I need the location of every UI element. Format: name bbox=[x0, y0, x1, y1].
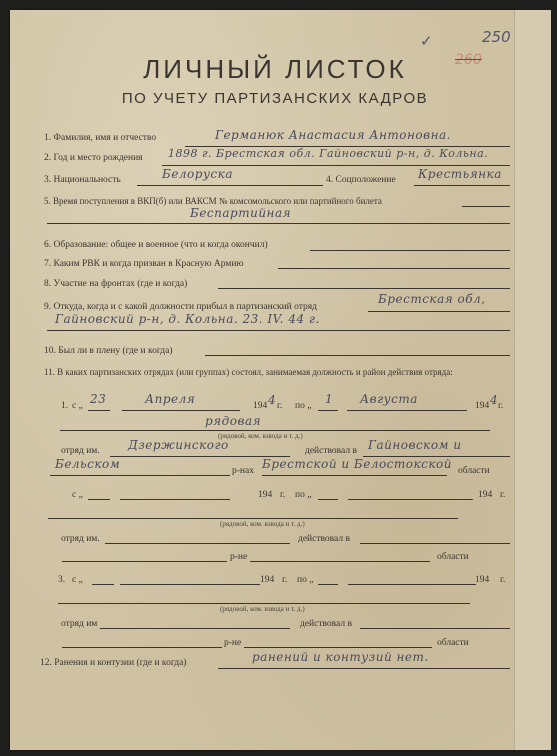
detachment-1-to-year-digit[interactable]: 4 bbox=[490, 393, 498, 407]
detachment-2-to-month-line[interactable] bbox=[348, 499, 473, 500]
page-number: 250 bbox=[482, 28, 511, 46]
detachment-3-operated-label: действовал в bbox=[300, 619, 352, 629]
detachment-1-to-year-prefix: 194 bbox=[475, 401, 489, 411]
detachment-1-detachment-label: отряд им. bbox=[61, 446, 100, 456]
field-12-label: 12. Ранения и контузии (где и когда) bbox=[40, 658, 186, 668]
detachment-2-detachment-label: отряд им. bbox=[61, 534, 100, 544]
detachment-1-to-day[interactable]: 1 bbox=[325, 392, 333, 406]
field-1-value[interactable]: Германюк Анастасия Антоновна. bbox=[215, 128, 451, 142]
detachment-2-position-hint: (рядовой, ком. взвода и т. д.) bbox=[220, 520, 305, 528]
detachment-1-from-month[interactable]: Апреля bbox=[145, 392, 195, 406]
field-3-label: 3. Национальность bbox=[44, 175, 121, 185]
detachment-1-position-line-a bbox=[60, 430, 360, 431]
field-7-line[interactable] bbox=[278, 268, 510, 269]
detachment-1-to-month-line bbox=[347, 410, 467, 411]
detachment-1-operated-label: действовал в bbox=[305, 446, 357, 456]
detachment-1-operated-value[interactable]: Гайновском и bbox=[368, 438, 462, 452]
detachment-2-from-year-prefix: 194 bbox=[258, 490, 272, 500]
field-3-line bbox=[137, 185, 323, 186]
detachment-3-region-label: области bbox=[437, 638, 469, 648]
detachment-2-region-line[interactable] bbox=[250, 561, 430, 562]
detachment-2-from-prefix: с „ bbox=[72, 490, 83, 500]
field-9-value-1[interactable]: Брестская обл, bbox=[378, 292, 486, 306]
detachment-1-region-label: области bbox=[458, 466, 490, 476]
detachment-1-region-value[interactable]: Брестской и Белостокской bbox=[262, 457, 452, 471]
detachment-2-to-year-suffix: г. bbox=[500, 490, 505, 500]
detachment-1-district-line bbox=[50, 475, 230, 476]
detachment-1-from-year-digit[interactable]: 4 bbox=[268, 393, 276, 407]
field-4-label: 4. Соцположение bbox=[326, 175, 396, 185]
detachment-1-from-day-line bbox=[88, 410, 110, 411]
detachment-1-region-line bbox=[262, 475, 447, 476]
detachment-3-district-line[interactable] bbox=[62, 647, 222, 648]
detachment-3-position-hint: (рядовой, ком. взвода и т. д.) bbox=[220, 605, 305, 613]
detachment-2-district-label: р-не bbox=[230, 552, 247, 562]
detachment-3-to-year-prefix: 194 bbox=[475, 575, 489, 585]
detachment-3-from-month-line[interactable] bbox=[120, 584, 260, 585]
detachment-1-from-month-line bbox=[122, 410, 240, 411]
field-5-line-b bbox=[47, 223, 510, 224]
field-6-label: 6. Образование: общее и военное (что и к… bbox=[44, 240, 268, 250]
field-7-label: 7. Каким РВК и когда призван в Красную А… bbox=[44, 259, 244, 269]
detachment-3-num: 3. bbox=[58, 575, 65, 585]
check-mark: ✓ bbox=[420, 32, 433, 50]
field-12-line bbox=[218, 668, 510, 669]
document-subtitle: ПО УЧЕТУ ПАРТИЗАНСКИХ КАДРОВ bbox=[0, 90, 550, 107]
detachment-3-to-month-line[interactable] bbox=[348, 584, 476, 585]
detachment-3-from-day-line[interactable] bbox=[92, 584, 114, 585]
field-12-value[interactable]: ранений и контузий нет. bbox=[252, 650, 429, 664]
detachment-1-to-day-line bbox=[318, 410, 338, 411]
detachment-3-operated-line[interactable] bbox=[360, 628, 510, 629]
detachment-1-from-day[interactable]: 23 bbox=[90, 392, 106, 406]
field-2-label: 2. Год и место рождения bbox=[44, 153, 143, 163]
detachment-2-operated-line[interactable] bbox=[360, 543, 510, 544]
detachment-3-from-year-prefix: 194 bbox=[260, 575, 274, 585]
document-title: ЛИЧНЫЙ ЛИСТОК bbox=[0, 54, 550, 85]
detachment-3-to-year-suffix: г. bbox=[500, 575, 505, 585]
detachment-2-region-label: области bbox=[437, 552, 469, 562]
field-6-line[interactable] bbox=[310, 250, 510, 251]
field-9-line-a bbox=[368, 311, 510, 312]
field-4-value[interactable]: Крестьянка bbox=[418, 167, 502, 181]
page-edge bbox=[514, 10, 551, 750]
detachment-3-to-prefix: по „ bbox=[297, 575, 313, 585]
detachment-2-operated-label: действовал в bbox=[298, 534, 350, 544]
detachment-3-district-label: р-не bbox=[224, 638, 241, 648]
detachment-1-to-month[interactable]: Августа bbox=[360, 392, 418, 406]
field-11-label: 11. В каких партизанских отрядах (или гр… bbox=[44, 367, 453, 377]
detachment-1-num: 1. bbox=[61, 401, 68, 411]
detachment-1-from-prefix: с „ bbox=[72, 401, 83, 411]
detachment-1-position[interactable]: рядовая bbox=[205, 414, 261, 428]
field-10-line[interactable] bbox=[205, 355, 510, 356]
detachment-2-position-line[interactable] bbox=[48, 518, 458, 519]
detachment-2-to-year-prefix: 194 bbox=[478, 490, 492, 500]
detachment-2-from-month-line[interactable] bbox=[120, 499, 230, 500]
detachment-1-to-year-suffix: г. bbox=[498, 401, 503, 411]
field-2-line bbox=[162, 165, 510, 166]
detachment-2-district-line[interactable] bbox=[62, 561, 227, 562]
field-9-value-2[interactable]: Гайновский р-н, д. Кольна. 23. IV. 44 г. bbox=[55, 312, 320, 326]
detachment-3-year-suffix: г. bbox=[282, 575, 287, 585]
field-5-line-a bbox=[462, 206, 510, 207]
field-5-value[interactable]: Беспартийная bbox=[190, 206, 291, 220]
field-9-label: 9. Откуда, когда и с какой должности при… bbox=[44, 302, 317, 312]
detachment-2-to-prefix: по „ bbox=[295, 490, 311, 500]
detachment-1-position-hint: (рядовой, ком. взвода и т. д.) bbox=[218, 432, 303, 440]
detachment-1-to-prefix: по „ bbox=[295, 401, 311, 411]
detachment-3-position-line[interactable] bbox=[58, 603, 470, 604]
detachment-1-position-line-b bbox=[345, 430, 490, 431]
detachment-3-detachment-label: отряд им bbox=[61, 619, 97, 629]
field-1-label: 1. Фамилия, имя и отчество bbox=[44, 133, 156, 143]
field-2-value[interactable]: 1898 г. Брестская обл. Гайновский р-н, д… bbox=[168, 147, 488, 160]
field-9-line-b bbox=[47, 330, 510, 331]
field-8-line[interactable] bbox=[218, 288, 510, 289]
detachment-2-detachment-line[interactable] bbox=[105, 543, 290, 544]
detachment-1-year-suffix: г. bbox=[277, 401, 282, 411]
detachment-3-detachment-line[interactable] bbox=[100, 628, 290, 629]
field-3-value[interactable]: Белоруска bbox=[162, 167, 233, 181]
field-5-label: 5. Время поступления в ВКП(б) или ВАКСМ … bbox=[44, 196, 382, 206]
field-4-line bbox=[414, 185, 510, 186]
detachment-1-detachment-name[interactable]: Дзержинского bbox=[128, 438, 229, 452]
detachment-3-from-prefix: с „ bbox=[72, 575, 83, 585]
field-8-label: 8. Участие на фронтах (где и когда) bbox=[44, 279, 187, 289]
detachment-2-from-day-line[interactable] bbox=[88, 499, 110, 500]
detachment-3-to-day-line[interactable] bbox=[318, 584, 338, 585]
detachment-1-district-label: р-нах bbox=[232, 466, 254, 476]
field-10-label: 10. Был ли в плену (где и когда) bbox=[44, 346, 173, 356]
detachment-2-year-suffix: г. bbox=[280, 490, 285, 500]
detachment-3-region-line[interactable] bbox=[244, 647, 432, 648]
detachment-1-district-value[interactable]: Бельском bbox=[55, 457, 120, 471]
detachment-1-from-year-prefix: 194 bbox=[253, 401, 267, 411]
detachment-2-to-day-line[interactable] bbox=[318, 499, 338, 500]
